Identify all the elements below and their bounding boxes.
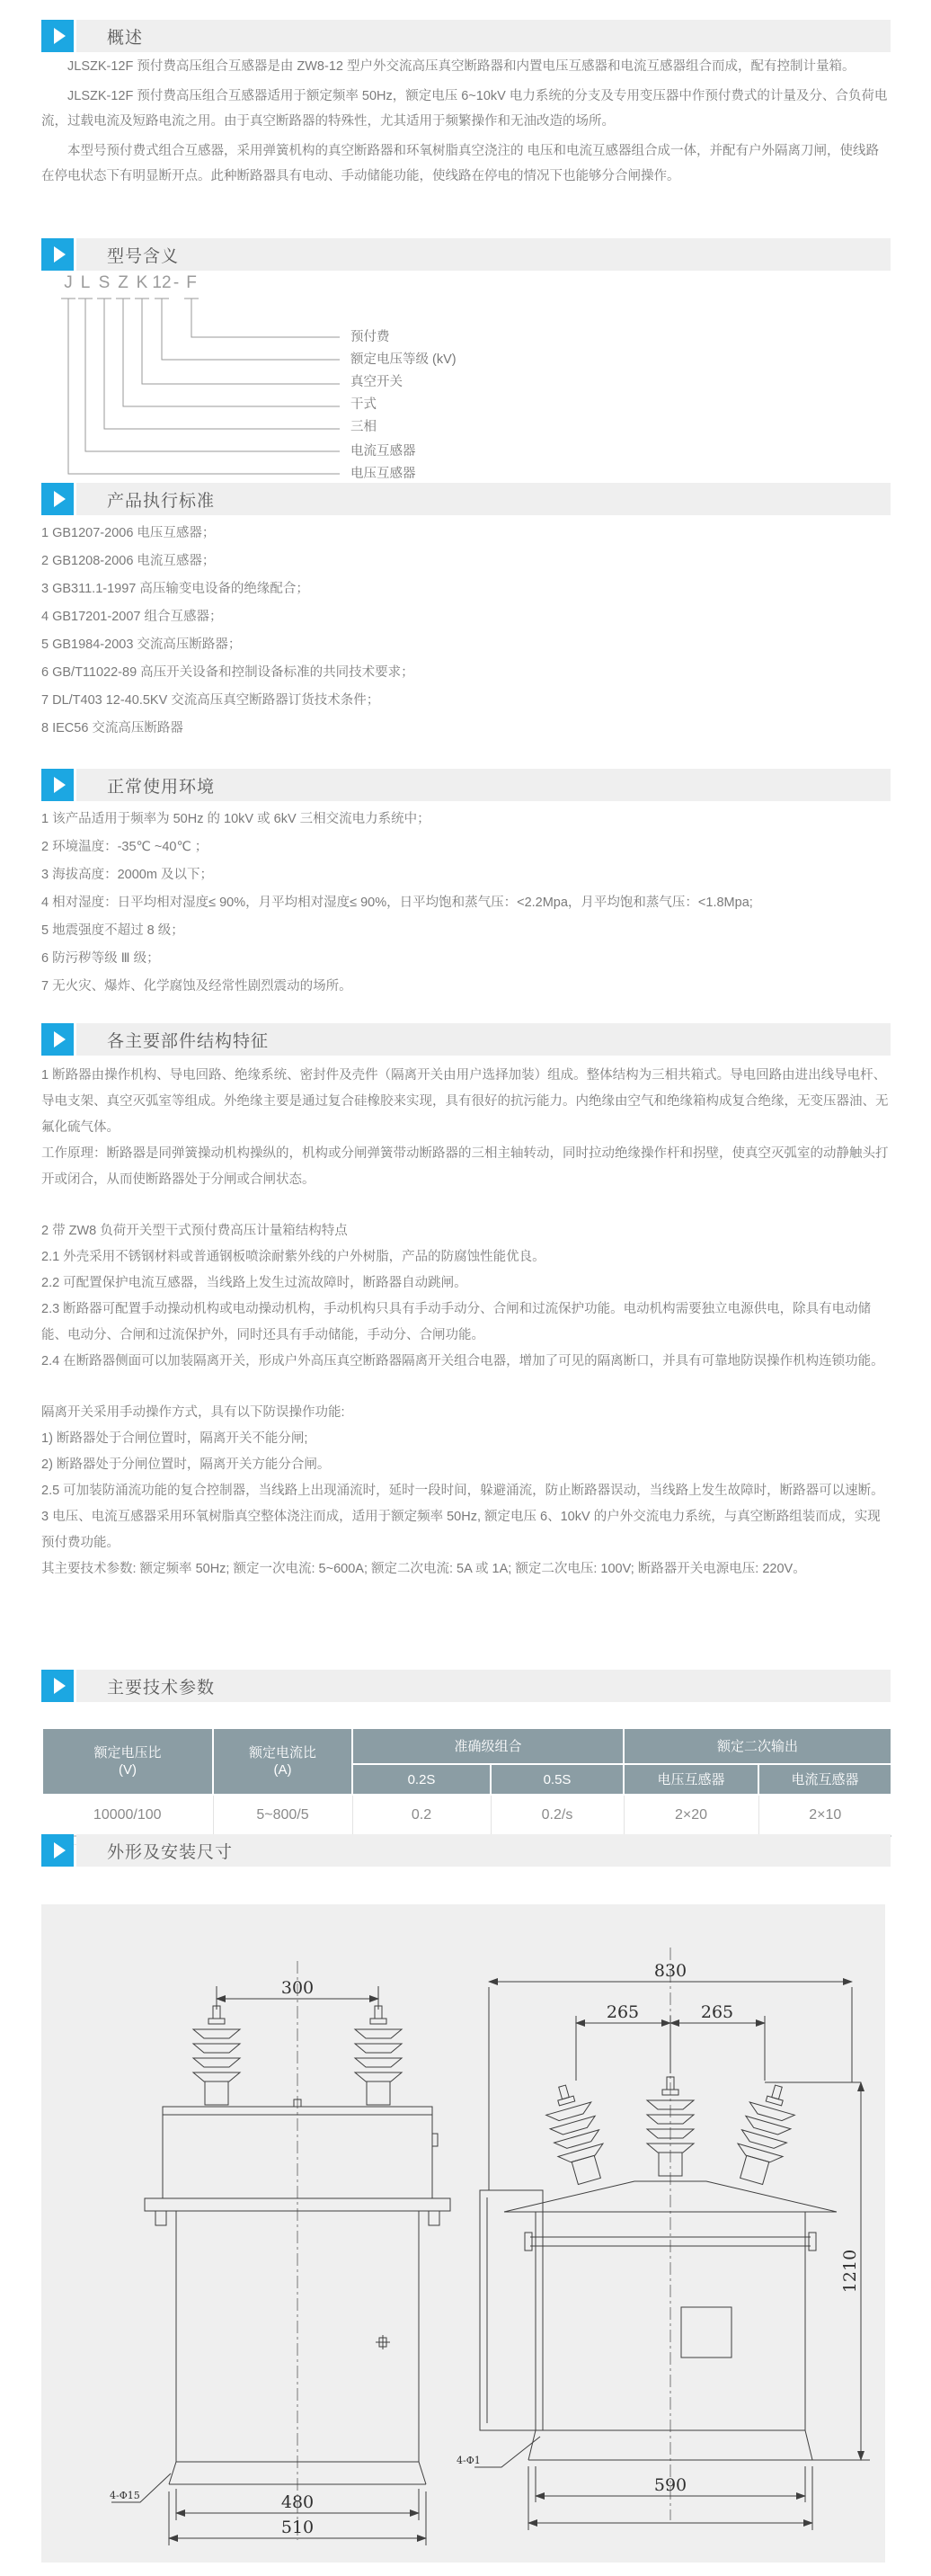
section-arrow-icon — [41, 1834, 74, 1867]
dimension-label-height: 1210 — [840, 2250, 860, 2293]
model-label: 电流互感器 — [350, 441, 416, 461]
list-item: 5 GB1984-2003 交流高压断路器； — [41, 631, 891, 659]
model-code-char: L — [81, 273, 91, 293]
play-triangle-icon — [54, 246, 66, 263]
list-item: 2 GB1208-2006 电流互感器； — [41, 548, 891, 575]
section-title-bar: 外形及安装尺寸 — [76, 1834, 891, 1867]
table-row: 10000/100 5~800/5 0.2 0.2/s 2×20 2×10 — [42, 1795, 891, 1836]
hole-callout-front: 4-Φ15 — [110, 2490, 140, 2501]
paragraph: 2.4 在断路器侧面可以加装隔离开关，形成户外高压真空断路器隔离开关组合电器，增… — [41, 1349, 891, 1375]
model-connector-lines — [41, 270, 891, 481]
bushing-insulator-icon — [355, 2006, 402, 2105]
cell-current-ratio: 5~800/5 — [213, 1795, 352, 1836]
list-item: 7 无火灾、爆炸、化学腐蚀及经常性剧烈震动的场所。 — [41, 973, 891, 1001]
section-arrow-icon — [41, 1023, 74, 1056]
dimension-label-side-top: 830 — [654, 1961, 687, 1981]
paragraph: 本型号预付费式组合互感器，采用弹簧机构的真空断路器和环氧树脂真空浇注的 电压和电… — [41, 138, 891, 189]
list-item: 1 该产品适用于频率为 50Hz 的 10kV 或 6kV 三相交流电力系统中； — [41, 806, 891, 833]
model-label: 三相 — [350, 417, 377, 437]
play-triangle-icon — [54, 28, 66, 44]
col-header-voltage-ratio: 额定电压比 (V) — [42, 1728, 213, 1795]
section-title-bar: 产品执行标准 — [76, 483, 891, 515]
list-item: 7 DL/T403 12-40.5KV 交流高压真空断路器订货技术条件； — [41, 687, 891, 715]
play-triangle-icon — [54, 1678, 66, 1694]
paragraph: 2 带 ZW8 负荷开关型干式预付费高压计量箱结构特点 — [41, 1218, 891, 1244]
paragraph: 2) 断路器处于分闸位置时，隔离开关方能分合闸。 — [41, 1452, 891, 1478]
features-paragraphs: 1 断路器由操作机构、导电回路、绝缘系统、密封件及壳件（隔离开关由用户选择加装）… — [41, 1063, 891, 1665]
play-triangle-icon — [54, 491, 66, 507]
section-title-bar: 正常使用环境 — [76, 769, 891, 801]
section-arrow-icon — [41, 769, 74, 801]
cell-voltage-ratio: 10000/100 — [42, 1795, 213, 1836]
paragraph: 2.3 断路器可配置手动操动机构或电动操动机构，手动机构只具有手动手动分、合闸和… — [41, 1297, 891, 1349]
section-title: 型号含义 — [107, 243, 179, 267]
col-header-accuracy-group: 准确级组合 — [352, 1728, 624, 1764]
paragraph: 1 断路器由操作机构、导电回路、绝缘系统、密封件及壳件（隔离开关由用户选择加装）… — [41, 1063, 891, 1141]
paragraph: 2.1 外壳采用不锈钢材料或普通钢板喷涂耐紫外线的户外树脂，产品的防腐蚀性能优良… — [41, 1244, 891, 1270]
section-title-bar: 概述 — [76, 20, 891, 52]
list-item: 4 相对湿度：日平均相对湿度≤ 90%，月平均相对湿度≤ 90%，日平均饱和蒸气… — [41, 889, 891, 917]
parameters-table: 额定电压比 (V) 额定电流比 (A) 准确级组合 额定二次输出 0.2S 0.… — [41, 1727, 892, 1837]
dimension-label-front-top: 300 — [281, 1978, 314, 1998]
play-triangle-icon — [54, 777, 66, 793]
paragraph: 2.2 可配置保护电流互感器，当线路上发生过流故障时，断路器自动跳闸。 — [41, 1270, 891, 1297]
dimension-label-front-inner: 480 — [281, 2492, 314, 2512]
paragraph: 2.5 可加装防涌流功能的复合控制器，当线路上出现涌流时，延时一段时间，躲避涌流… — [41, 1478, 891, 1504]
list-item: 4 GB17201-2007 组合互感器； — [41, 603, 891, 631]
section-title: 各主要部件结构特征 — [107, 1028, 269, 1052]
col-header-label: 额定电流比 — [214, 1744, 351, 1761]
section-title-bar: 型号含义 — [76, 238, 891, 271]
cell-pt-output: 2×20 — [624, 1795, 758, 1836]
list-item: 2 环境温度：-35℃ ~40℃ ； — [41, 833, 891, 861]
section-header-features: 各主要部件结构特征 — [41, 1023, 891, 1056]
overview-paragraphs: JLSZK-12F 预付费高压组合互感器是由 ZW8-12 型户外交流高压真空断… — [41, 54, 891, 234]
section-header-dimensions: 外形及安装尺寸 — [41, 1834, 891, 1867]
hole-callout-side: 4-Φ1 — [457, 2455, 481, 2466]
model-code-char: K — [137, 273, 148, 293]
section-header-parameters: 主要技术参数 — [41, 1670, 891, 1702]
environment-list: 1 该产品适用于频率为 50Hz 的 10kV 或 6kV 三相交流电力系统中；… — [41, 806, 891, 1009]
section-header-environment: 正常使用环境 — [41, 769, 891, 801]
sub-header: 电流互感器 — [758, 1764, 891, 1795]
sub-header: 0.5S — [491, 1764, 624, 1795]
paragraph: 工作原理：断路器是同弹簧操动机构操纵的，机构或分闸弹簧带动断路器的三相主轴转动，… — [41, 1141, 891, 1193]
list-item: 3 GB311.1-1997 高压输变电设备的绝缘配合； — [41, 575, 891, 603]
model-label: 额定电压等级 (kV) — [350, 350, 457, 370]
dimension-label-phase-left: 265 — [607, 2002, 639, 2022]
cell-ct-output: 2×10 — [758, 1795, 891, 1836]
dimension-label-phase-right: 265 — [701, 2002, 733, 2022]
dimension-label-side-bottom: 590 — [654, 2475, 687, 2495]
col-header-unit: (A) — [214, 1761, 351, 1778]
list-item: 6 防污秽等级 Ⅲ 级； — [41, 945, 891, 973]
list-item: 5 地震强度不超过 8 级； — [41, 917, 891, 945]
col-header-label: 额定电压比 — [43, 1744, 212, 1761]
col-header-secondary-output: 额定二次输出 — [624, 1728, 891, 1764]
play-triangle-icon — [54, 1842, 66, 1858]
paragraph: 3 电压、电流互感器采用环氧树脂真空整体浇注而成，适用于额定频率 50Hz, 额… — [41, 1504, 891, 1556]
model-code-char: - — [173, 273, 179, 293]
section-arrow-icon — [41, 20, 74, 52]
list-item: 8 IEC56 交流高压断路器 — [41, 715, 891, 743]
standards-list: 1 GB1207-2006 电压互感器； 2 GB1208-2006 电流互感器… — [41, 520, 891, 753]
paragraph: 隔离开关采用手动操作方式，具有以下防误操作功能: — [41, 1400, 891, 1426]
outline-drawing-panel: 300 480 510 4-Φ15 830 — [41, 1904, 885, 2563]
model-label: 预付费 — [350, 327, 390, 347]
section-title: 产品执行标准 — [107, 487, 215, 512]
section-title-bar: 主要技术参数 — [76, 1670, 891, 1702]
bushing-insulator-icon — [729, 2080, 801, 2188]
section-arrow-icon — [41, 483, 74, 515]
model-code-char: J — [64, 273, 73, 293]
section-title: 外形及安装尺寸 — [107, 1839, 233, 1863]
list-item: 3 海拔高度：2000m 及以下； — [41, 861, 891, 889]
model-code-char: S — [99, 273, 111, 293]
paragraph: JLSZK-12F 预付费高压组合互感器适用于额定频率 50Hz，额定电压 6~… — [41, 84, 891, 134]
section-header-standards: 产品执行标准 — [41, 483, 891, 515]
section-title: 主要技术参数 — [107, 1674, 215, 1698]
side-view-drawing: 830 265 265 1210 590 — [455, 1922, 882, 2552]
cell-accuracy-05s: 0.2/s — [491, 1795, 624, 1836]
model-code-char: F — [186, 273, 197, 293]
col-header-current-ratio: 额定电流比 (A) — [213, 1728, 352, 1795]
bushing-insulator-icon — [193, 2006, 240, 2105]
model-label: 电压互感器 — [350, 464, 416, 484]
model-label: 真空开关 — [350, 372, 403, 392]
section-title: 概述 — [107, 24, 143, 49]
paragraph: JLSZK-12F 预付费高压组合互感器是由 ZW8-12 型户外交流高压真空断… — [41, 54, 891, 79]
play-triangle-icon — [54, 1031, 66, 1047]
dimension-label-front-outer: 510 — [281, 2518, 314, 2537]
datasheet-page: { "colors": {"accent": "#1ca7e2", "secti… — [0, 0, 931, 2576]
list-item: 1 GB1207-2006 电压互感器； — [41, 520, 891, 548]
col-header-unit: (V) — [43, 1761, 212, 1778]
section-title-bar: 各主要部件结构特征 — [76, 1023, 891, 1056]
section-header-model: 型号含义 — [41, 238, 891, 271]
bushing-insulator-icon — [540, 2080, 612, 2188]
section-arrow-icon — [41, 1670, 74, 1702]
model-label: 干式 — [350, 395, 377, 414]
front-view-drawing: 300 480 510 4-Φ15 — [104, 1954, 491, 2547]
model-code-diagram: J L S Z K 12 - F 预付费 额定电压等级 (kV) 真空开关 干式… — [41, 270, 891, 481]
paragraph: 其主要技术参数: 额定频率 50Hz; 额定一次电流: 5~600A; 额定二次… — [41, 1556, 891, 1582]
cell-accuracy-02s: 0.2 — [352, 1795, 491, 1836]
section-header-overview: 概述 — [41, 20, 891, 52]
paragraph: 1) 断路器处于合闸位置时，隔离开关不能分闸; — [41, 1426, 891, 1452]
model-code-char: 12 — [152, 273, 171, 293]
sub-header: 电压互感器 — [624, 1764, 758, 1795]
section-arrow-icon — [41, 238, 74, 271]
model-code-char: Z — [118, 273, 129, 293]
list-item: 6 GB/T11022-89 高压开关设备和控制设备标准的共同技术要求； — [41, 659, 891, 687]
section-title: 正常使用环境 — [107, 773, 215, 798]
ground-terminal-icon — [376, 2335, 390, 2349]
sub-header: 0.2S — [352, 1764, 491, 1795]
